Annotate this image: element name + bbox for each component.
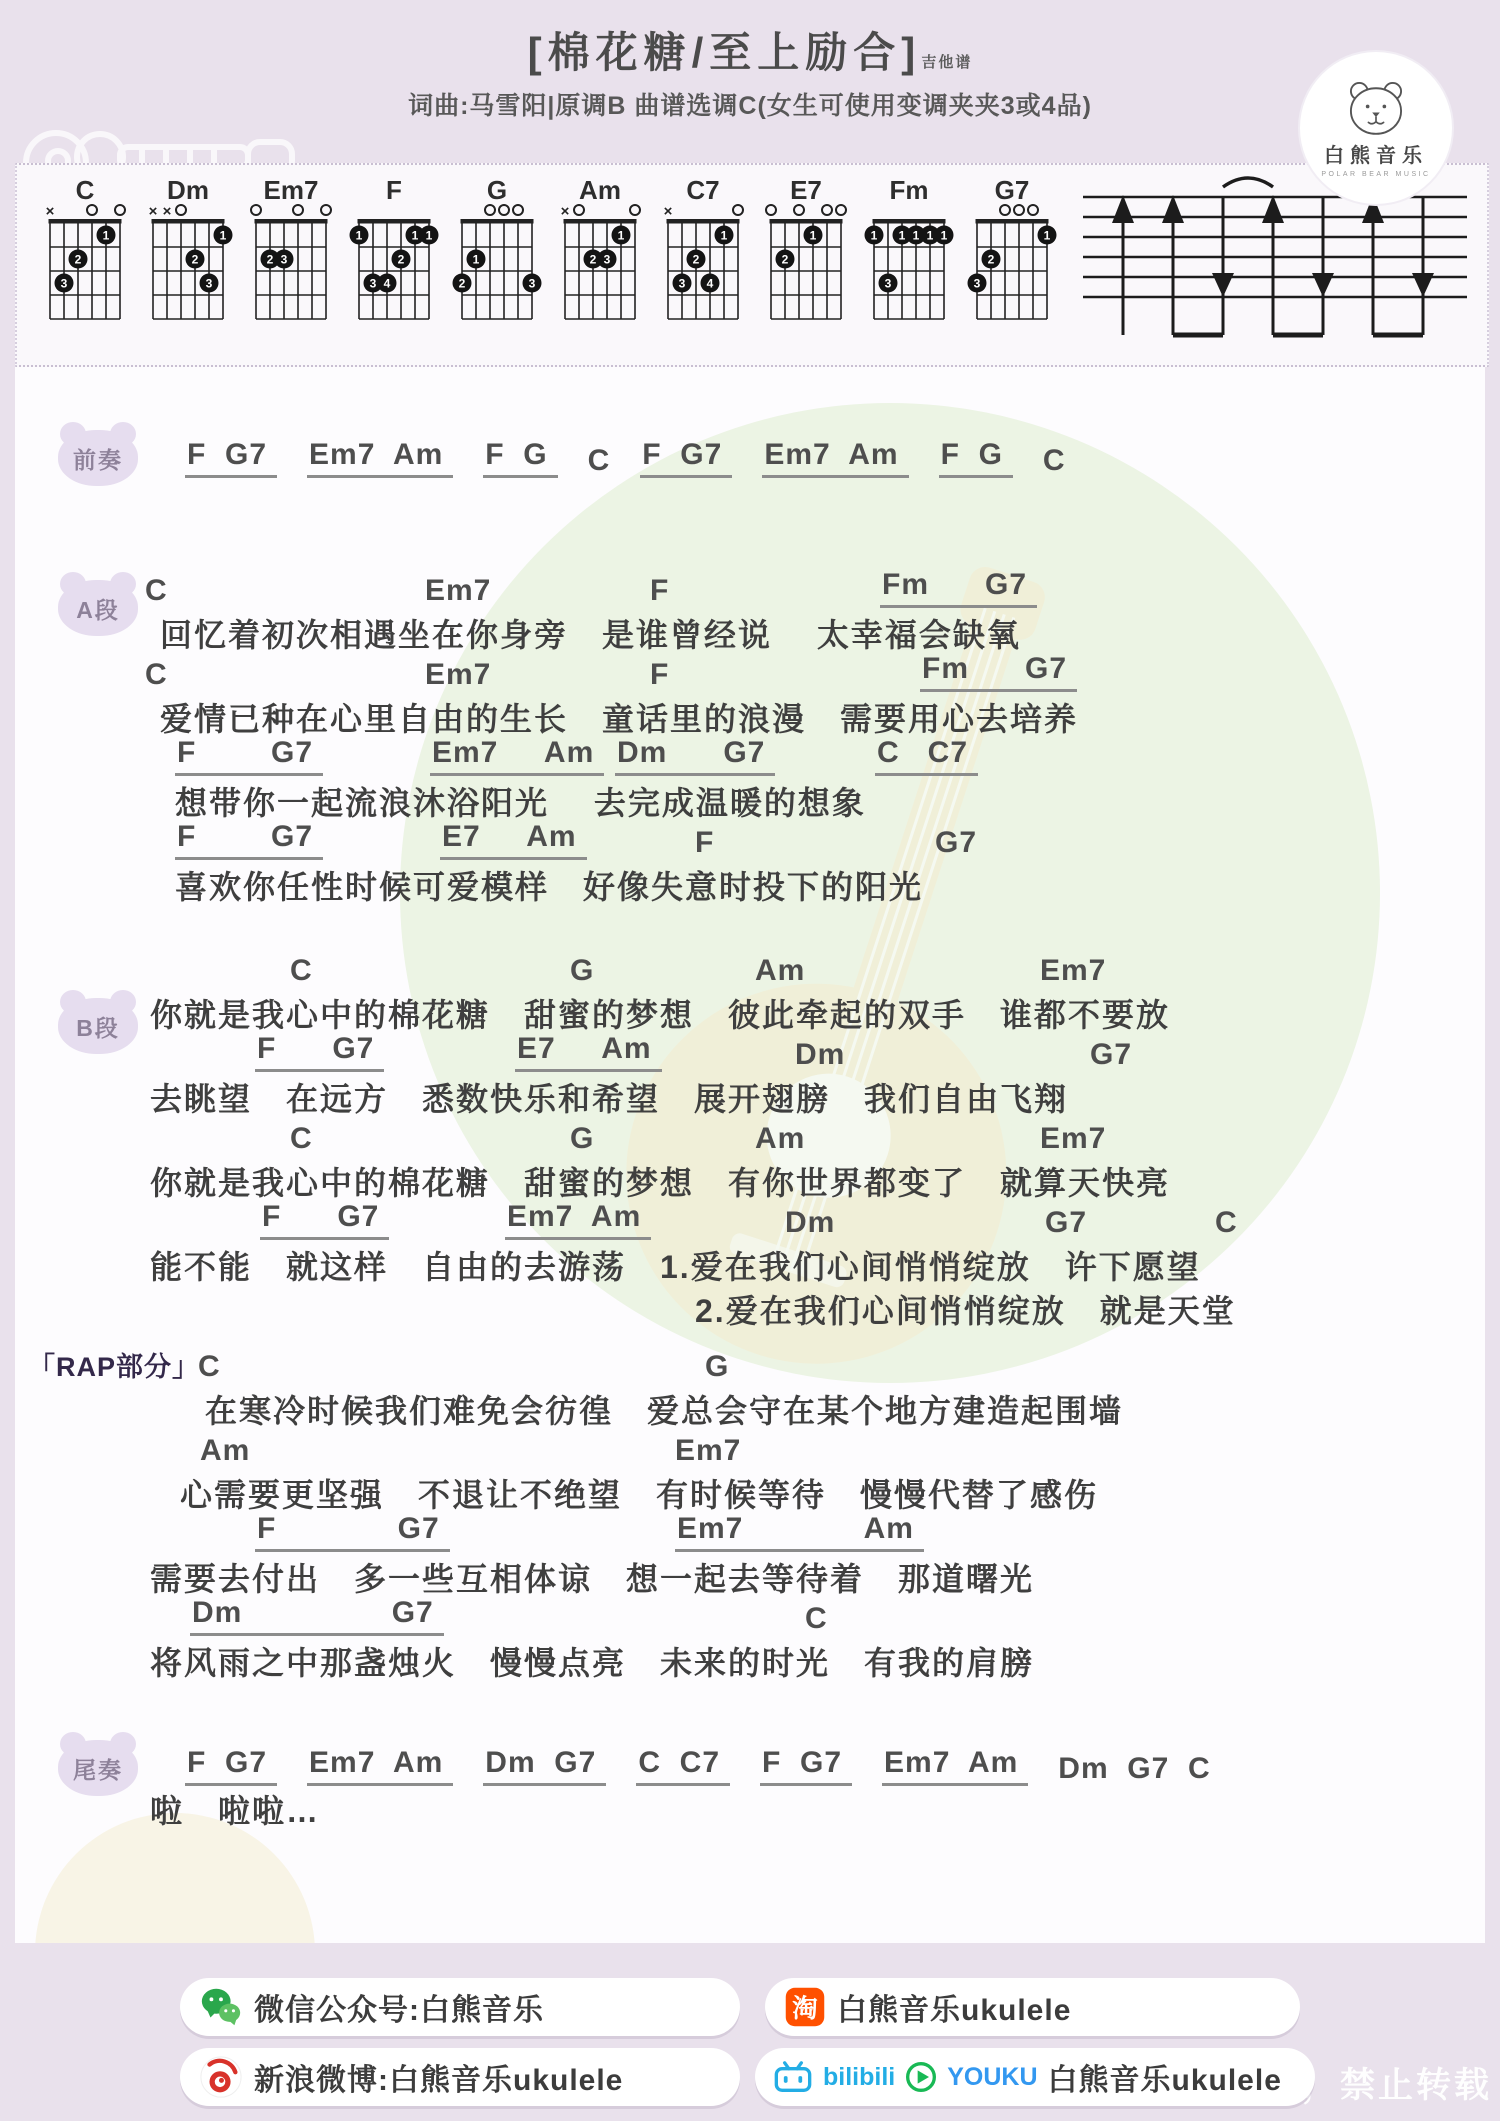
svg-text:×: ×	[163, 203, 172, 220]
svg-text:2: 2	[75, 253, 82, 267]
chord-row: CEm7FFm G7	[0, 570, 1500, 610]
chord-row: Dm G7C	[0, 1598, 1500, 1638]
chord-diagram-Dm: Dm×× 1 2 3	[138, 177, 238, 327]
lyric-row: 将风雨之中那盏烛火 慢慢点亮 未来的时光 有我的肩膀	[0, 1638, 1500, 1682]
svg-text:1: 1	[941, 229, 948, 243]
svg-text:Am: Am	[579, 177, 621, 205]
strum-staff	[1075, 167, 1475, 359]
lyric-text: 将风雨之中那盏烛火 慢慢点亮 未来的时光 有我的肩膀	[150, 1638, 1034, 1684]
rap-section-label: 「RAP部分」	[28, 1345, 200, 1384]
lyric-row: 你就是我心中的棉花糖 甜蜜的梦想 彼此牵起的双手 谁都不要放	[0, 990, 1500, 1034]
contact-pill-text: 白熊音乐ukulele	[837, 1985, 1071, 2029]
svg-text:2: 2	[459, 277, 466, 291]
yellow-blob-watermark	[35, 1813, 315, 1943]
svg-text:1: 1	[913, 229, 920, 243]
youku-wordmark: YOUKU	[947, 2063, 1037, 2092]
chord-group: C	[290, 954, 313, 988]
svg-text:3: 3	[885, 277, 892, 291]
chord-sheet-page: [棉花糖/至上励合]吉他谱 词曲:马雪阳|原调B 曲谱选调C(女生可使用变调夹夹…	[0, 0, 1500, 2121]
section-rap: 「RAP部分」CG在寒冷时候我们难免会彷徨 爱总会守在某个地方建造起围墙AmEm…	[0, 1346, 1500, 1682]
svg-text:Dm: Dm	[167, 177, 209, 205]
lyric-row: 心需要更坚强 不退让不绝望 有时候等待 慢慢代替了感伤	[0, 1470, 1500, 1514]
chord-group: Dm G7 C	[1058, 1752, 1210, 1786]
chord-diagram-G: G 1 2 3	[447, 177, 547, 327]
chord-diagram-C7: C7× 1 2 3 4	[653, 177, 753, 327]
lyric-text: 心需要更坚强 不退让不绝望 有时候等待 慢慢代替了感伤	[180, 1470, 1098, 1516]
chord-group: Dm	[785, 1206, 835, 1240]
chord-group: C	[805, 1602, 828, 1636]
weibo-icon	[198, 2054, 244, 2100]
lyric-row: 需要去付出 多一些互相体谅 想一起去等待着 那道曙光	[0, 1554, 1500, 1598]
section-intro: 前奏F G7Em7 AmF GCF G7Em7 AmF GC	[0, 432, 1500, 478]
chord-group: Am	[200, 1434, 250, 1468]
chord-row: AmEm7	[0, 1430, 1500, 1470]
logo-subname: POLAR BEAR MUSIC	[1321, 171, 1430, 178]
svg-text:3: 3	[281, 253, 288, 267]
lyric-text: 你就是我心中的棉花糖 甜蜜的梦想 彼此牵起的双手 谁都不要放	[150, 990, 1170, 1036]
svg-text:1: 1	[927, 229, 934, 243]
svg-text:3: 3	[604, 253, 611, 267]
svg-text:×: ×	[664, 203, 673, 220]
svg-text:2: 2	[267, 253, 274, 267]
svg-text:×: ×	[46, 203, 55, 220]
lyric-text: 喜欢你任性时候可爱模样 好像失意时投下的阳光	[175, 862, 923, 908]
chord-group: E7 Am	[515, 1032, 662, 1072]
chord-diagram-C: C× 1 2 3	[35, 177, 135, 327]
svg-text:3: 3	[61, 277, 68, 291]
chord-group: Em7 Am	[675, 1512, 924, 1552]
contact-pill-text: 白熊音乐ukulele	[1048, 2055, 1282, 2099]
chord-group: F	[650, 574, 669, 608]
chord-row: F G7Em7 AmDmG7C	[0, 1202, 1500, 1242]
lyric-row: 爱情已种在心里自由的生长 童话里的浪漫 需要用心去培养	[0, 694, 1500, 738]
chord-group: F G7	[255, 1512, 450, 1552]
taobao-icon: 淘	[783, 1985, 827, 2029]
chord-group: F G7	[185, 438, 277, 478]
svg-text:2: 2	[398, 253, 405, 267]
lyric-text: 回忆着初次相遇坐在你身旁 是谁曾经说 太幸福会缺氧	[160, 610, 1021, 656]
svg-text:×: ×	[149, 203, 158, 220]
chord-row: CGAmEm7	[0, 1118, 1500, 1158]
song-title: [棉花糖/至上励合]	[528, 29, 922, 76]
chord-diagram-G7: G7 1 2 3	[962, 177, 1062, 327]
lyric-row: 回忆着初次相遇坐在你身旁 是谁曾经说 太幸福会缺氧	[0, 610, 1500, 654]
youku-play-icon	[905, 2061, 937, 2093]
svg-text:1: 1	[220, 229, 227, 243]
chord-group: Em7	[425, 658, 491, 692]
logo-name: 白熊音乐	[1324, 139, 1428, 168]
lyric-row: 能不能 就这样 自由的去游荡 1.爱在我们心间悄悄绽放 许下愿望	[0, 1242, 1500, 1286]
wechat-icon	[198, 1984, 244, 2030]
chord-group: Em7 Am	[430, 736, 604, 776]
chord-group: Em7	[675, 1434, 741, 1468]
svg-text:2: 2	[693, 253, 700, 267]
chord-row: F G7E7 AmFG7	[0, 822, 1500, 862]
chord-group: G	[705, 1350, 729, 1384]
svg-text:1: 1	[412, 229, 419, 243]
title-suffix: 吉他谱	[921, 54, 972, 71]
lyric-text: 在寒冷时候我们难免会彷徨 爱总会守在某个地方建造起围墙	[205, 1386, 1123, 1432]
svg-text:1: 1	[721, 229, 728, 243]
svg-text:3: 3	[679, 277, 686, 291]
chord-group: C	[1215, 1206, 1238, 1240]
bilibili-icon	[773, 2060, 813, 2094]
chord-group: F G7	[760, 1746, 852, 1786]
chord-diagram-Em7: Em7 2 3	[241, 177, 341, 327]
chord-reference-band: C× 1 2 3 Dm×× 1 2 3 Em7 2 3 F 1 1 1 2 3 …	[15, 163, 1489, 367]
svg-text:4: 4	[384, 277, 391, 291]
chord-row: F G7E7 AmDmG7	[0, 1034, 1500, 1074]
chord-group: C	[145, 574, 168, 608]
chord-progression-row: F G7Em7 AmDm G7C C7F G7Em7 AmDm G7 C	[0, 1740, 1500, 1786]
polar-bear-logo: 白熊音乐 POLAR BEAR MUSIC	[1300, 52, 1452, 204]
svg-text:淘: 淘	[792, 1994, 818, 2023]
chord-group: F G7	[185, 1746, 277, 1786]
lyric-text: 需要去付出 多一些互相体谅 想一起去等待着 那道曙光	[150, 1554, 1034, 1600]
chord-group: F	[695, 826, 714, 860]
chord-group: Fm G7	[880, 568, 1037, 608]
chord-group: Em7 Am	[307, 1746, 453, 1786]
svg-text:G7: G7	[995, 177, 1030, 205]
svg-text:3: 3	[974, 277, 981, 291]
lyric-text: 能不能 就这样 自由的去游荡 1.爱在我们心间悄悄绽放 许下愿望	[150, 1242, 1201, 1288]
lyric-row: 2.爱在我们心间悄悄绽放 就是天堂	[0, 1286, 1500, 1330]
svg-text:G: G	[487, 177, 507, 205]
svg-text:1: 1	[810, 229, 817, 243]
chord-group: Dm	[795, 1038, 845, 1072]
chord-group: Am	[755, 1122, 805, 1156]
chord-group: Dm G7	[190, 1596, 444, 1636]
svg-text:1: 1	[103, 229, 110, 243]
chord-row: F G7Em7 Am	[0, 1514, 1500, 1554]
lyric-text: 爱情已种在心里自由的生长 童话里的浪漫 需要用心去培养	[160, 694, 1078, 740]
svg-text:2: 2	[988, 253, 995, 267]
svg-text:C: C	[76, 177, 95, 205]
svg-text:×: ×	[561, 203, 570, 220]
svg-text:E7: E7	[790, 177, 822, 205]
chord-group: C C7	[636, 1746, 730, 1786]
bear-face-icon	[1338, 79, 1414, 137]
svg-text:2: 2	[192, 253, 199, 267]
svg-text:F: F	[386, 177, 402, 205]
chord-group: F G7	[175, 736, 323, 776]
chord-group: Fm G7	[920, 652, 1077, 692]
svg-text:1: 1	[618, 229, 625, 243]
strumming-pattern	[1075, 167, 1475, 364]
lyric-text: 想带你一起流浪沐浴阳光 去完成温暖的想象	[175, 778, 866, 824]
lyric-row: 在寒冷时候我们难免会彷徨 爱总会守在某个地方建造起围墙	[0, 1386, 1500, 1430]
lyric-text: 啦 啦啦…	[150, 1786, 320, 1832]
chord-group: G7	[935, 826, 977, 860]
chord-group: Em7 Am	[505, 1200, 651, 1240]
chord-group: G	[570, 954, 594, 988]
contact-pill-text: 微信公众号:白熊音乐	[254, 1985, 544, 2029]
svg-text:4: 4	[707, 277, 714, 291]
chord-row: CGAmEm7	[0, 950, 1500, 990]
chord-group: F G7	[260, 1200, 389, 1240]
chord-group: C C7	[875, 736, 978, 776]
chord-diagram-F: F 1 1 1 2 3 4	[344, 177, 444, 327]
chord-group: Em7	[1040, 1122, 1106, 1156]
chord-group: C	[145, 658, 168, 692]
chord-group: Am	[755, 954, 805, 988]
chord-group: Em7 Am	[882, 1746, 1028, 1786]
svg-text:2: 2	[590, 253, 597, 267]
page-title: [棉花糖/至上励合]吉他谱	[0, 20, 1500, 80]
section-outro: 尾奏F G7Em7 AmDm G7C C7F G7Em7 AmDm G7 C啦 …	[0, 1740, 1500, 1830]
svg-text:1: 1	[356, 229, 363, 243]
section-verse-b: B段CGAmEm7你就是我心中的棉花糖 甜蜜的梦想 彼此牵起的双手 谁都不要放F…	[0, 950, 1500, 1330]
chord-diagrams-row: C× 1 2 3 Dm×× 1 2 3 Em7 2 3 F 1 1 1 2 3 …	[35, 177, 1062, 327]
chord-group: G	[570, 1122, 594, 1156]
lyric-row: 去眺望 在远方 悉数快乐和希望 展开翅膀 我们自由飞翔	[0, 1074, 1500, 1118]
svg-text:1: 1	[899, 229, 906, 243]
chord-row: F G7Em7 AmDm G7C C7	[0, 738, 1500, 778]
chord-group: F G7	[255, 1032, 384, 1072]
chord-row: CEm7FFm G7	[0, 654, 1500, 694]
contact-pill-taobao: 淘 白熊音乐ukulele	[765, 1978, 1300, 2036]
svg-text:1: 1	[473, 253, 480, 267]
chord-diagram-Am: Am× 1 2 3	[550, 177, 650, 327]
chord-group: Dm G7	[483, 1746, 606, 1786]
chord-group: C	[588, 444, 611, 478]
chord-group: C	[198, 1350, 221, 1384]
chord-progression-row: F G7Em7 AmF GCF G7Em7 AmF GC	[0, 432, 1500, 478]
chord-group: E7 Am	[440, 820, 587, 860]
lyric-row: 啦 啦啦…	[0, 1786, 1500, 1830]
chord-group: C	[1043, 444, 1066, 478]
chord-group: C	[290, 1122, 313, 1156]
lyric-text: 你就是我心中的棉花糖 甜蜜的梦想 有你世界都变了 就算天快亮	[150, 1158, 1170, 1204]
svg-text:3: 3	[529, 277, 536, 291]
chord-diagram-Fm: Fm 1 1 1 1 1 3	[859, 177, 959, 327]
chord-group: Em7	[425, 574, 491, 608]
contact-pill-weibo: 新浪微博:白熊音乐ukulele	[180, 2048, 740, 2106]
bilibili-wordmark: bilibili	[823, 2063, 895, 2092]
lyric-row: 你就是我心中的棉花糖 甜蜜的梦想 有你世界都变了 就算天快亮	[0, 1158, 1500, 1202]
chord-group: Dm G7	[615, 736, 775, 776]
svg-text:C7: C7	[686, 177, 719, 205]
chord-group: F G	[483, 438, 557, 478]
svg-text:1: 1	[426, 229, 433, 243]
chord-group: F	[650, 658, 669, 692]
chord-group: Em7	[1040, 954, 1106, 988]
chord-group: G7	[1045, 1206, 1087, 1240]
svg-text:1: 1	[871, 229, 878, 243]
contact-pill-text: 新浪微博:白熊音乐ukulele	[254, 2055, 623, 2099]
lyric-row: 喜欢你任性时候可爱模样 好像失意时投下的阳光	[0, 862, 1500, 906]
chord-group: F G	[939, 438, 1013, 478]
chord-group: G7	[1090, 1038, 1132, 1072]
chord-group: F G7	[640, 438, 732, 478]
chord-row: 「RAP部分」CG	[0, 1346, 1500, 1386]
lyric-text: 2.爱在我们心间悄悄绽放 就是天堂	[695, 1286, 1236, 1332]
svg-text:Fm: Fm	[890, 177, 929, 205]
svg-text:2: 2	[782, 253, 789, 267]
svg-text:1: 1	[1044, 229, 1051, 243]
svg-text:Em7: Em7	[264, 177, 319, 205]
lyric-text: 去眺望 在远方 悉数快乐和希望 展开翅膀 我们自由飞翔	[150, 1074, 1068, 1120]
svg-text:3: 3	[370, 277, 377, 291]
chord-group: F G7	[175, 820, 323, 860]
chord-group: Em7 Am	[762, 438, 908, 478]
contact-pill-bilibili-youku: bilibili YOUKU 白熊音乐ukulele	[755, 2048, 1315, 2106]
section-verse-a: A段CEm7FFm G7回忆着初次相遇坐在你身旁 是谁曾经说 太幸福会缺氧CEm…	[0, 570, 1500, 906]
lyric-row: 想带你一起流浪沐浴阳光 去完成温暖的想象	[0, 778, 1500, 822]
chord-group: Em7 Am	[307, 438, 453, 478]
contact-pill-wechat: 微信公众号:白熊音乐	[180, 1978, 740, 2036]
svg-text:3: 3	[206, 277, 213, 291]
chord-diagram-E7: E7 1 2	[756, 177, 856, 327]
